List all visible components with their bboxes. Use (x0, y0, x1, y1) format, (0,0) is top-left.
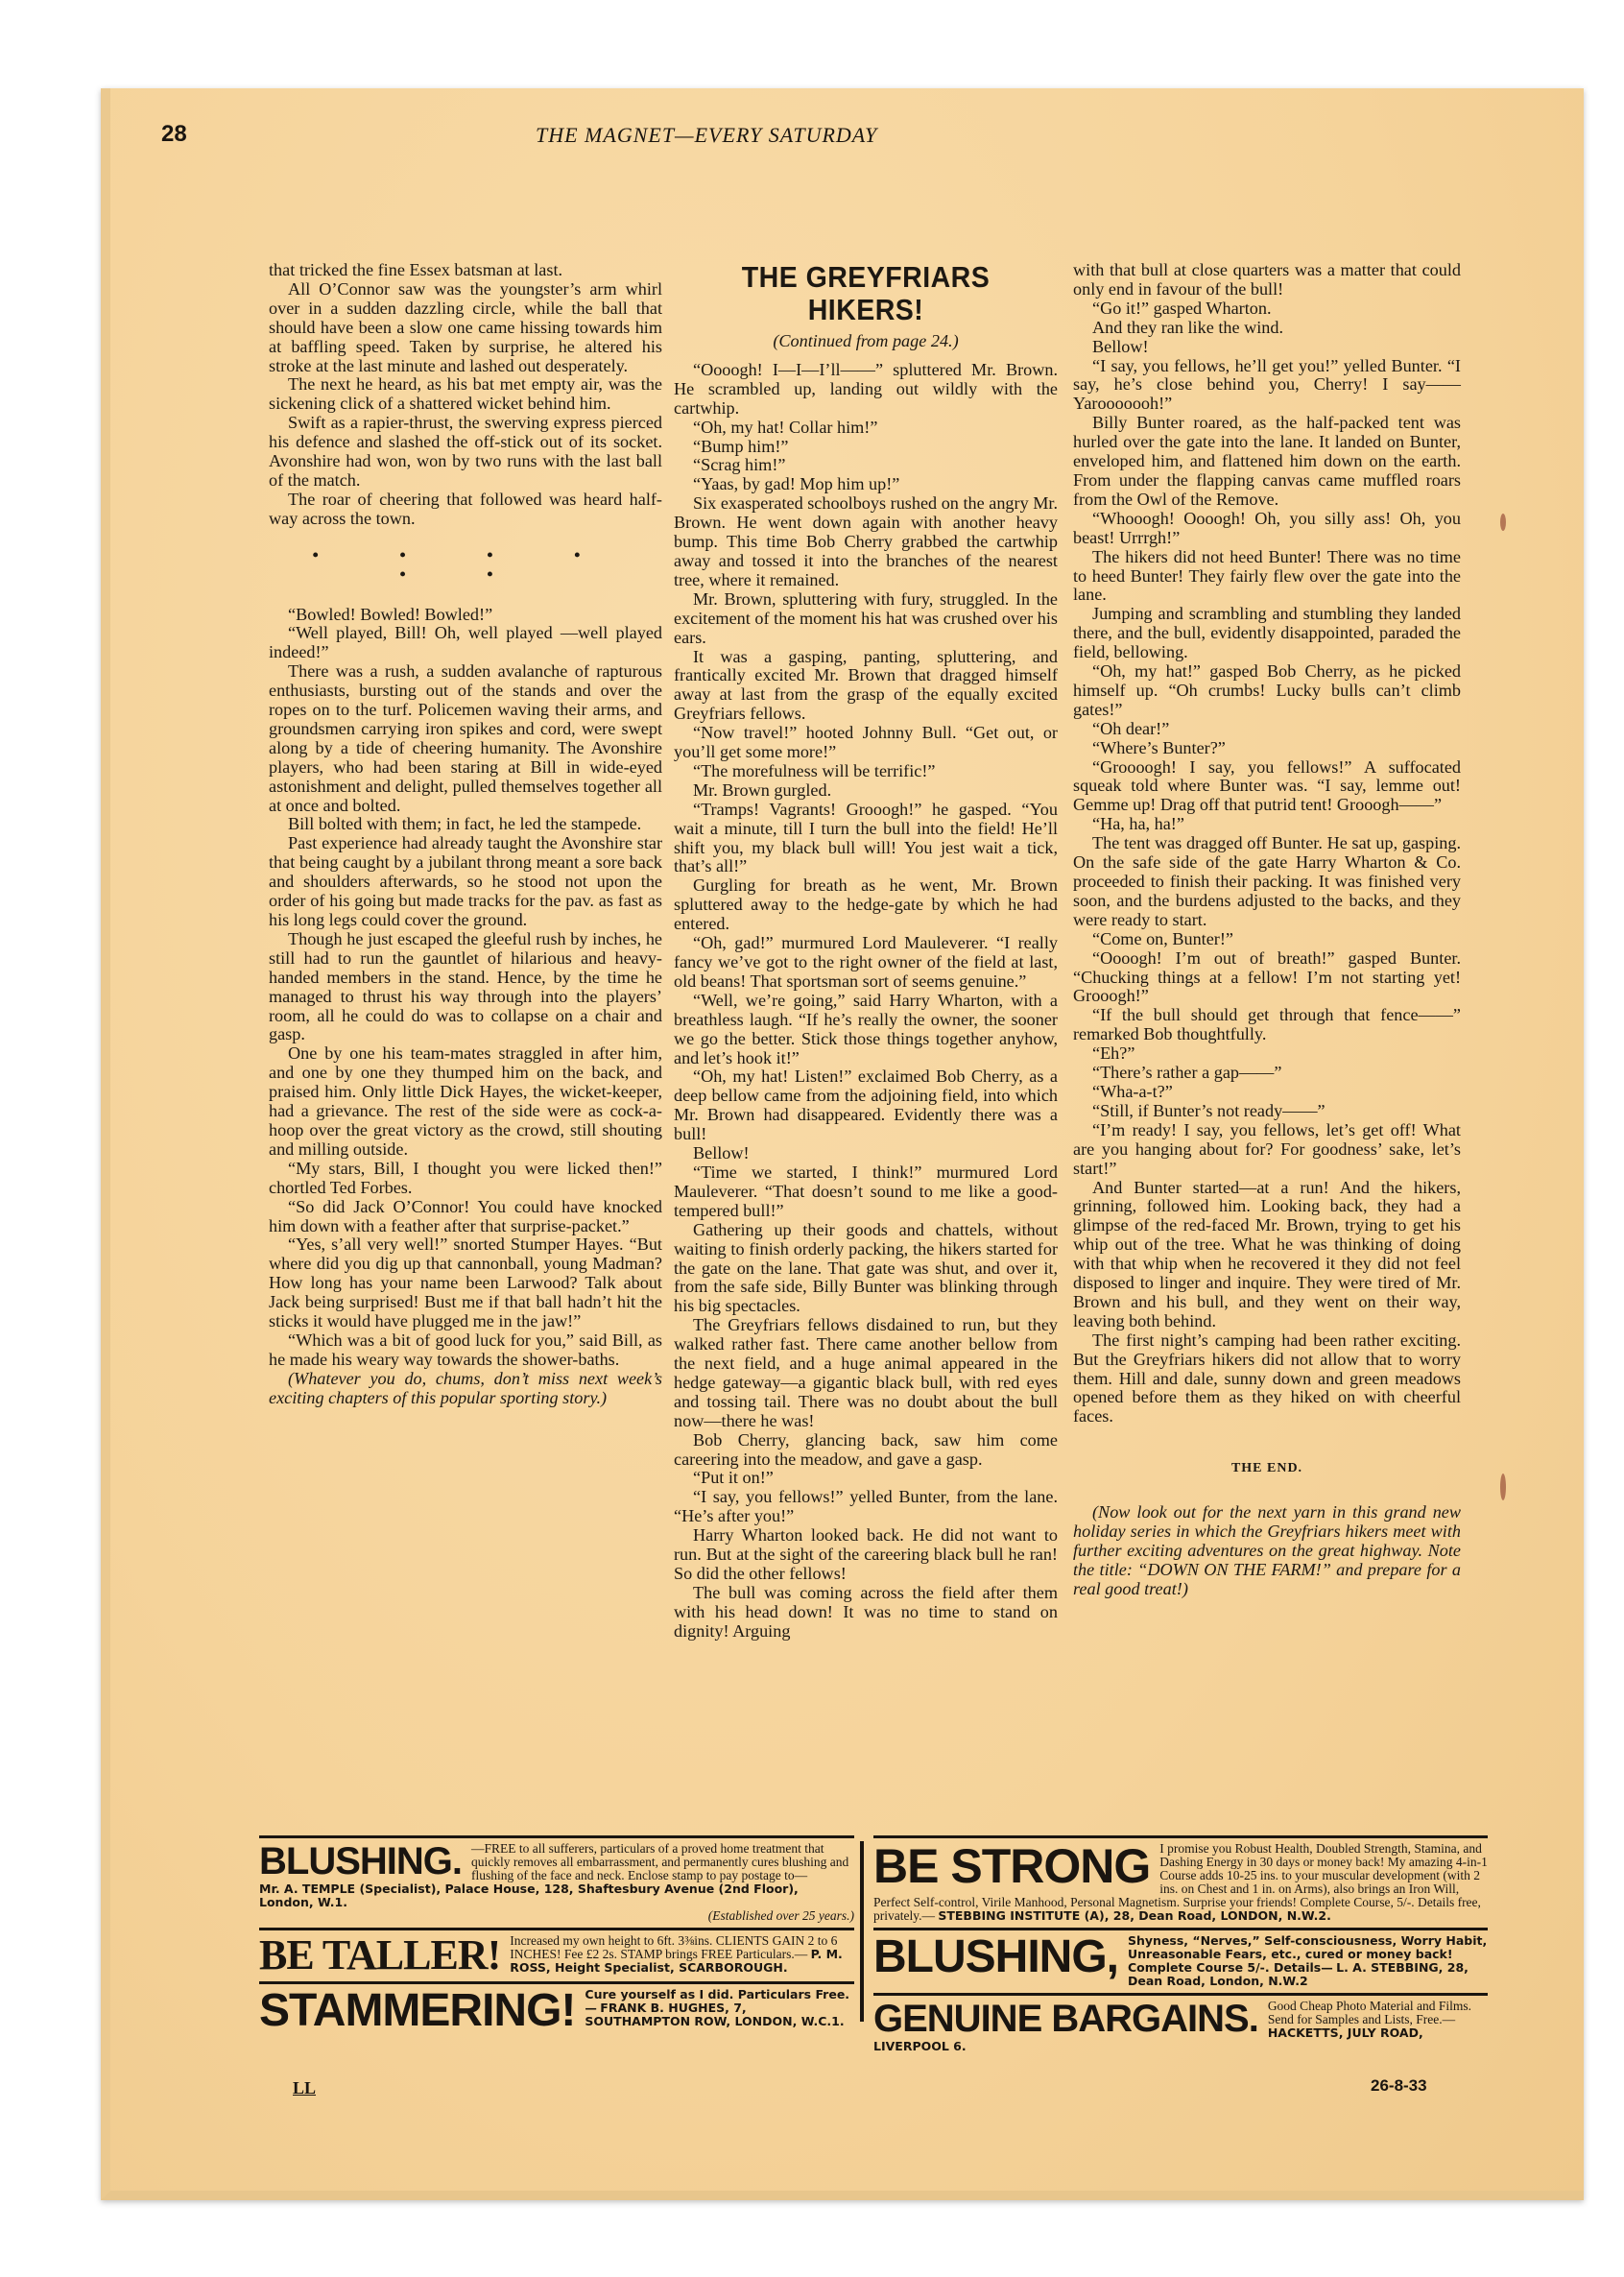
paragraph: “Groooogh! I say, you fellows!” A suffoc… (1073, 758, 1461, 816)
paragraph: “Oh, gad!” murmured Lord Mauleverer. “I … (674, 934, 1058, 992)
ad-note: (Established over 25 years.) (708, 1909, 854, 1923)
ad-address: Mr. A. TEMPLE (Specialist), Palace House… (259, 1882, 854, 1909)
closing-note: (Whatever you do, chums, don’t miss next… (269, 1370, 662, 1408)
section-separator: • • • • • • (269, 546, 662, 585)
paragraph: “I say, you fellows, he’ll get you!” yel… (1073, 357, 1461, 415)
column-1: that tricked the fine Essex batsman at l… (269, 261, 662, 1408)
paragraph: “I’m ready! I say, you fellows, let’s ge… (1073, 1121, 1461, 1179)
ad-headline: BE TALLER! (259, 1934, 500, 1977)
paragraph: One by one his team-mates straggled in a… (269, 1044, 662, 1159)
paragraph: “Oooogh! I’m out of breath!” gasped Bunt… (1073, 949, 1461, 1007)
paragraph: “Oh, my hat!” gasped Bob Cherry, as he p… (1073, 662, 1461, 720)
paragraph: “Whooogh! Oooogh! Oh, you silly ass! Oh,… (1073, 510, 1461, 548)
paragraph: “I say, you fellows!” yelled Bunter, fro… (674, 1488, 1058, 1526)
paragraph: “Yaas, by gad! Mop him up!” (674, 475, 1058, 494)
ad-headline: BLUSHING, (873, 1934, 1118, 1980)
paragraph: Bellow! (1073, 338, 1461, 357)
paragraph: “Come on, Bunter!” (1073, 930, 1461, 949)
ad-address: STEBBING INSTITUTE (A), 28, Dean Road, L… (938, 1908, 1331, 1923)
paragraph: “Well played, Bill! Oh, well played —wel… (269, 624, 662, 662)
printer-mark: LL (293, 2078, 316, 2098)
page-number: 28 (161, 121, 187, 148)
paragraph: “Oooogh! I—I—I’ll——” spluttered Mr. Brow… (674, 361, 1058, 419)
paragraph: “Bump him!” (674, 438, 1058, 457)
issue-date: 26-8-33 (1371, 2076, 1427, 2096)
column-2: THE GREYFRIARS HIKERS! (Continued from p… (674, 261, 1058, 1642)
paragraph: The tent was dragged off Bunter. He sat … (1073, 834, 1461, 930)
paragraph: Though he just escaped the gleeful rush … (269, 930, 662, 1044)
ad-be-taller: BE TALLER! Increased my own height to 6f… (259, 1928, 854, 1981)
paragraph: The roar of cheering that followed was h… (269, 491, 662, 529)
paragraph: Gathering up their goods and chattels, w… (674, 1221, 1058, 1317)
paragraph: All O’Connor saw was the youngster’s arm… (269, 280, 662, 376)
paragraph: There was a rush, a sudden avalanche of … (269, 662, 662, 815)
ad-address: FRANK B. HUGHES, 7, SOUTHAMPTON ROW, LON… (585, 2001, 844, 2028)
paragraph: And Bunter started—at a run! And the hik… (1073, 1179, 1461, 1331)
ad-blushing-stebbing: BLUSHING, Shyness, “Nerves,” Self-consci… (873, 1928, 1488, 1993)
page-header: 28 THE MAGNET—EVERY SATURDAY (161, 121, 1361, 150)
paragraph: “Time we started, I think!” murmured Lor… (674, 1163, 1058, 1221)
paragraph: “Which was a bit of good luck for you,” … (269, 1331, 662, 1370)
paragraph: “The morefulness will be terrific!” (674, 762, 1058, 781)
paragraph: Swift as a rapier-thrust, the swerving e… (269, 414, 662, 491)
paragraph: The bull was coming across the field aft… (674, 1584, 1058, 1642)
paragraph: The hikers did not heed Bunter! There wa… (1073, 548, 1461, 606)
stain-mark (1500, 514, 1506, 531)
paragraph: “Where’s Bunter?” (1073, 739, 1461, 758)
ad-headline: BE STRONG (873, 1842, 1150, 1890)
next-story-note: (Now look out for the next yarn in this … (1073, 1503, 1461, 1599)
paragraph: Bob Cherry, glancing back, saw him come … (674, 1431, 1058, 1470)
paragraph: It was a gasping, panting, spluttering, … (674, 648, 1058, 725)
ad-headline: STAMMERING! (259, 1988, 575, 2034)
paragraph: Past experience had already taught the A… (269, 834, 662, 930)
paragraph: Bellow! (674, 1144, 1058, 1163)
paragraph: “Eh?” (1073, 1044, 1461, 1064)
ad-body: —FREE to all sufferers, particulars of a… (471, 1841, 848, 1882)
paragraph: “Yes, s’all very well!” snorted Stumper … (269, 1235, 662, 1331)
paragraph: “Scrag him!” (674, 456, 1058, 475)
paragraph: “Go it!” gasped Wharton. (1073, 300, 1461, 319)
stain-mark (1500, 1474, 1506, 1500)
paragraph: “Still, if Bunter’s not ready——” (1073, 1102, 1461, 1121)
ad-be-strong: BE STRONG I promise you Robust Health, D… (873, 1835, 1488, 1928)
running-head: THE MAGNET—EVERY SATURDAY (536, 123, 877, 148)
paragraph: Six exasperated schoolboys rushed on the… (674, 494, 1058, 590)
the-end-label: THE END. (1073, 1459, 1461, 1478)
paragraph: “Now travel!” hooted Johnny Bull. “Get o… (674, 724, 1058, 762)
ad-headline: BLUSHING. (259, 1842, 462, 1881)
paragraph: Billy Bunter roared, as the half-packed … (1073, 414, 1461, 510)
ad-headline: GENUINE BARGAINS. (873, 2000, 1258, 2038)
paragraph: Mr. Brown, spluttering with fury, strugg… (674, 590, 1058, 648)
paragraph: Bill bolted with them; in fact, he led t… (269, 815, 662, 834)
paragraph: Jumping and scrambling and stumbling the… (1073, 605, 1461, 662)
paragraph: “Wha-a-t?” (1073, 1083, 1461, 1102)
ad-blushing-temple: BLUSHING. —FREE to all sufferers, partic… (259, 1835, 854, 1928)
paragraph: The Greyfriars fellows disdained to run,… (674, 1316, 1058, 1430)
ad-body: Good Cheap Photo Material and Films. Sen… (1268, 1999, 1471, 2026)
paragraph: “Tramps! Vagrants! Grooogh!” he gasped. … (674, 801, 1058, 877)
paragraph: Harry Wharton looked back. He did not wa… (674, 1526, 1058, 1584)
story-title: THE GREYFRIARS HIKERS! (689, 261, 1042, 326)
paragraph: The first night’s camping had been rathe… (1073, 1331, 1461, 1427)
column-3: with that bull at close quarters was a m… (1073, 261, 1461, 1599)
paragraph: Gurgling for breath as he went, Mr. Brow… (674, 876, 1058, 934)
ad-divider (860, 1841, 864, 2022)
ad-genuine-bargains: GENUINE BARGAINS. Good Cheap Photo Mater… (873, 1993, 1488, 2058)
paragraph: “Ha, ha, ha!” (1073, 815, 1461, 834)
paragraph: that tricked the fine Essex batsman at l… (269, 261, 662, 280)
ad-body: Increased my own height to 6ft. 3⅜ins. C… (510, 1933, 837, 1961)
paragraph: “Oh, my hat! Collar him!” (674, 419, 1058, 438)
paragraph: “Oh, my hat! Listen!” exclaimed Bob Cher… (674, 1067, 1058, 1144)
paragraph: “Put it on!” (674, 1469, 1058, 1488)
paragraph: “Bowled! Bowled! Bowled!” (269, 606, 662, 625)
paragraph: “My stars, Bill, I thought you were lick… (269, 1160, 662, 1198)
ad-stammering: STAMMERING! Cure yourself as I did. Part… (259, 1981, 854, 2039)
ads-right-column: BE STRONG I promise you Robust Health, D… (873, 1835, 1488, 2058)
paragraph: “Oh dear!” (1073, 720, 1461, 739)
paragraph: “Well, we’re going,” said Harry Wharton,… (674, 992, 1058, 1068)
paragraph: Mr. Brown gurgled. (674, 781, 1058, 801)
paragraph: “There’s rather a gap——” (1073, 1064, 1461, 1083)
paragraph: “So did Jack O’Connor! You could have kn… (269, 1198, 662, 1236)
paragraph: And they ran like the wind. (1073, 319, 1461, 338)
continued-note: (Continued from page 24.) (674, 332, 1058, 351)
paragraph: “If the bull should get through that fen… (1073, 1006, 1461, 1044)
ads-left-column: BLUSHING. —FREE to all sufferers, partic… (259, 1835, 854, 2039)
paragraph: with that bull at close quarters was a m… (1073, 261, 1461, 300)
paragraph: The next he heard, as his bat met empty … (269, 375, 662, 414)
